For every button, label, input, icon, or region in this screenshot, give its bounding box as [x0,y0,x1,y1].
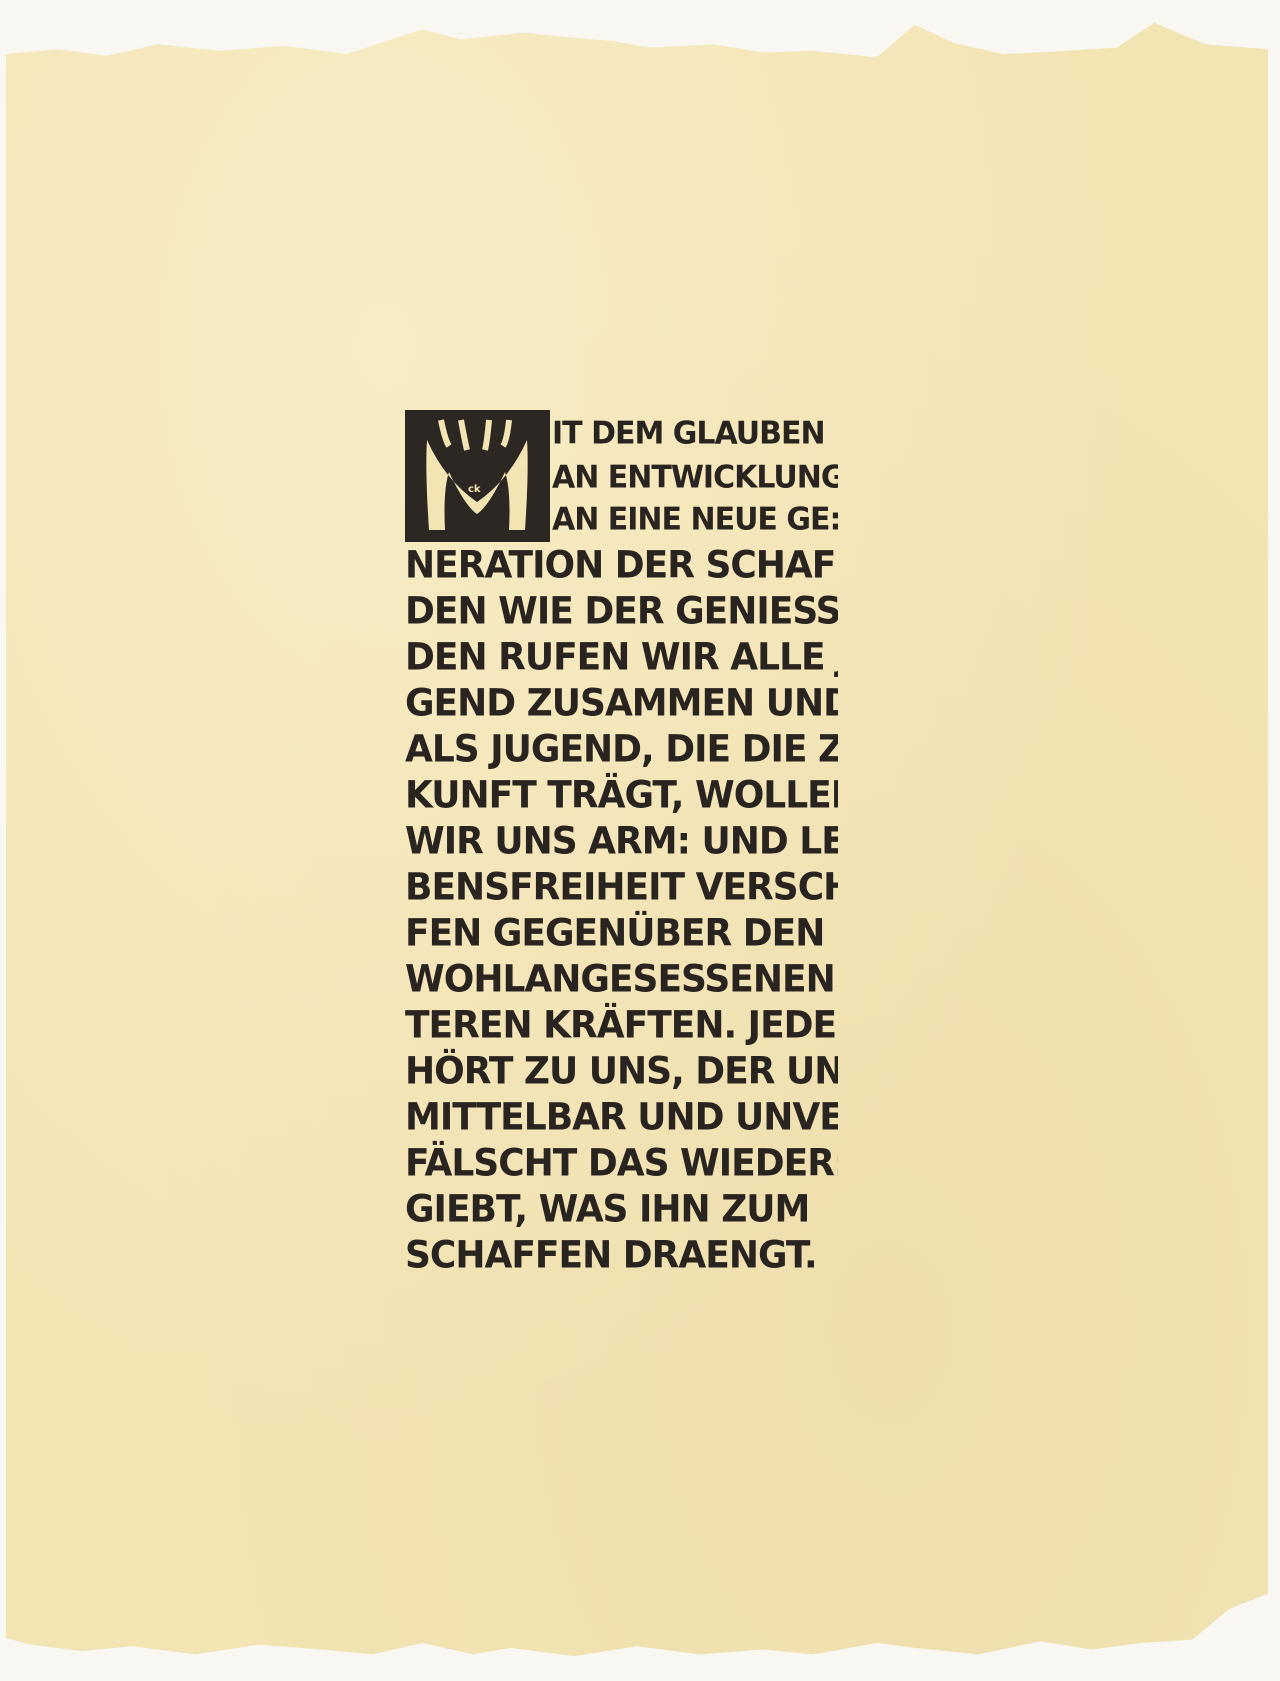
text-line-15: HÖRT ZU UNS, DER UN: [405,1049,838,1095]
text-line-10: WIR UNS ARM: UND LE: [405,819,838,865]
text-line-19: SCHAFFEN DRAENGT. [405,1233,838,1279]
text-line-12: FEN GEGENÜBER DEN [405,911,838,957]
text-line-16: MITTELBAR UND UNVER: [405,1095,838,1141]
text-line-11: BENSFREIHEIT VERSCHAF: [405,865,838,911]
text-line-8: ALS JUGEND, DIE DIE ZU: [405,727,838,773]
woodcut-text-block: ck IT DEM GLAUBEN AN ENTWICKLUNG AN EINE… [405,410,838,1292]
text-line-14: TEREN KRÄFTEN. JEDER GE: [405,1003,838,1049]
text-line-9: KUNFT TRÄGT, WOLLEN [405,773,838,819]
text-line-4: NERATION DER SCHAFFEN: [405,543,838,589]
text-line-1: IT DEM GLAUBEN [552,413,838,455]
svg-text:ck: ck [468,484,481,495]
text-line-18: GIEBT, WAS IHN ZUM [405,1187,838,1233]
text-line-3: AN EINE NEUE GE: [552,499,838,541]
text-line-13: WOHLANGESESSENEN ÄL: [405,957,838,1003]
text-line-6: DEN RUFEN WIR ALLE JU: [405,635,838,681]
text-line-7: GEND ZUSAMMEN UND [405,681,838,727]
text-line-2: AN ENTWICKLUNG [552,457,838,499]
decorative-initial-m: ck [405,410,550,542]
text-line-5: DEN WIE DER GENIESSEN: [405,589,838,635]
initial-m-icon: ck [405,410,550,542]
text-line-17: FÄLSCHT DAS WIEDER: [405,1141,838,1187]
